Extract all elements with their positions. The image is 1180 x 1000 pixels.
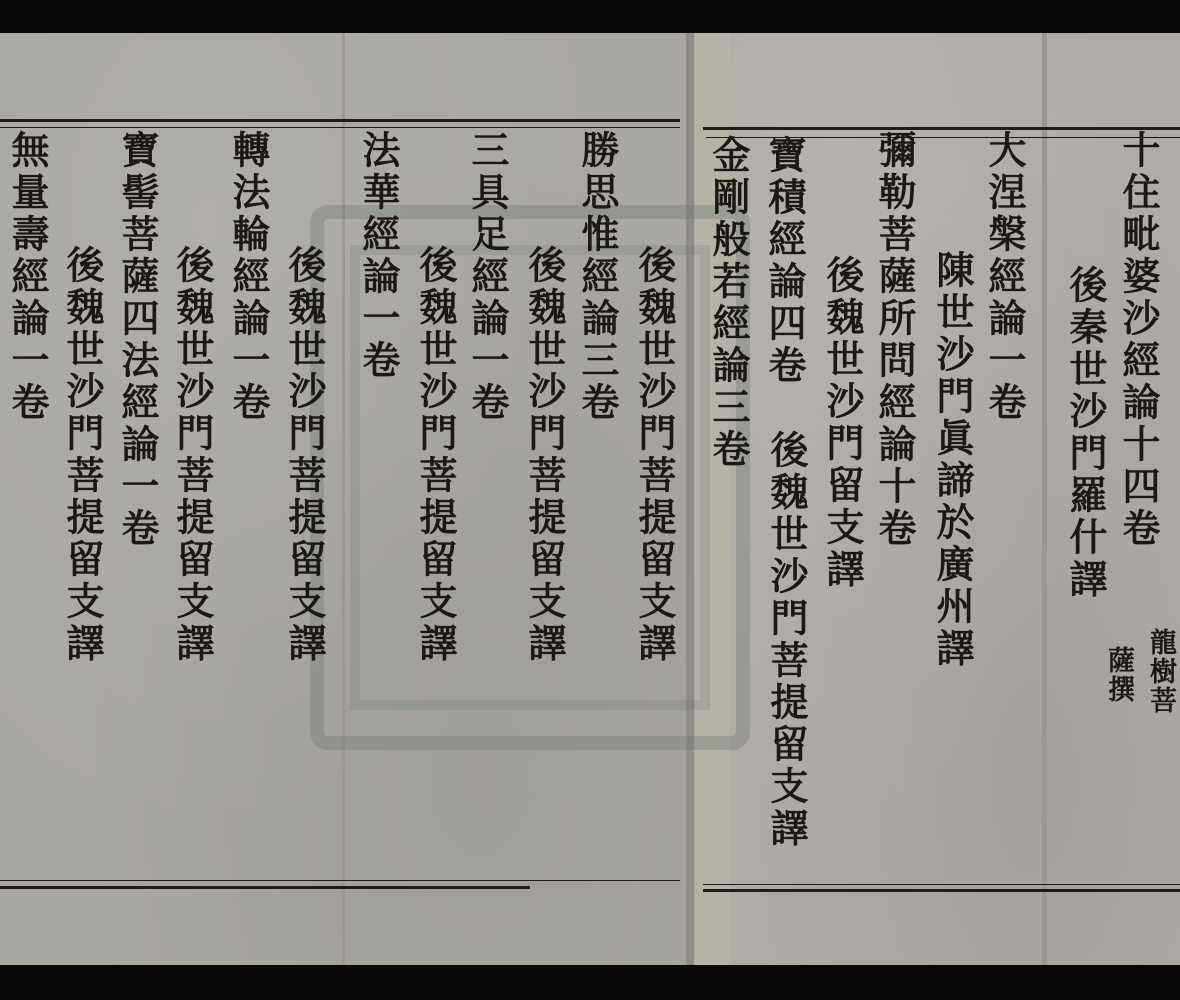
translator-bodhiruci-3: 後魏世沙門菩提留支譯 (522, 245, 566, 665)
bottom-rule-left (0, 880, 680, 881)
author-longshu: 龍樹菩 (1145, 628, 1175, 715)
title-da-niepan-lun: 大涅槃經論一卷 (982, 130, 1026, 424)
title-jingang-bore-lun: 金剛般若經論三卷 (706, 135, 750, 471)
translator-luoshi: 後秦世沙門羅什譯 (1063, 265, 1107, 601)
title-baoji-pusa-sifa-lun: 寶髻菩薩四法經論一卷 (115, 130, 159, 550)
translator-bodhiruci-5: 後魏世沙門菩提留支譯 (282, 245, 326, 665)
translator-bodhiruci-1: 後魏世沙門菩提留支譯 (764, 430, 808, 850)
paper-seam-right (1042, 33, 1047, 965)
title-mile-pusa-suowen-lun: 彌勒菩薩所問經論十卷 (872, 130, 916, 550)
bottom-rule-right (703, 884, 1180, 885)
paper-seam (342, 33, 345, 965)
title-shengsiwei-lun: 勝思惟經論三卷 (575, 130, 619, 424)
translator-zhendi: 陳世沙門眞諦於廣州譯 (930, 250, 974, 670)
translator-liuzhi: 後魏世沙門留支譯 (820, 255, 864, 591)
title-sanjuzu-lun: 三具足經論一卷 (465, 130, 509, 424)
translator-bodhiruci-6: 後魏世沙門菩提留支譯 (170, 245, 214, 665)
translator-bodhiruci-2: 後魏世沙門菩提留支譯 (632, 245, 676, 665)
title-zhuanfalun-lun: 轉法輪經論一卷 (226, 130, 270, 424)
book-gutter (686, 33, 694, 965)
top-rule-left (0, 119, 680, 122)
title-baoji-lun: 寶積經論四卷 (762, 135, 806, 387)
top-rule-left-thin (0, 127, 680, 128)
author-longshu-cont: 薩撰 (1103, 646, 1133, 704)
title-wuliangshou-lun: 無量壽經論一卷 (5, 130, 49, 424)
title-shizhu-piposha-lun: 十住毗婆沙經論十四卷 (1116, 130, 1160, 550)
translator-bodhiruci-4: 後魏世沙門菩提留支譯 (413, 245, 457, 665)
translator-bodhiruci-7: 後魏世沙門菩提留支譯 (60, 245, 104, 665)
top-rule-right (703, 127, 1180, 130)
title-fahua-lun: 法華經論一卷 (356, 130, 400, 382)
bottom-rule-right-thick (703, 889, 1180, 892)
bottom-rule-left-thick (0, 886, 530, 889)
